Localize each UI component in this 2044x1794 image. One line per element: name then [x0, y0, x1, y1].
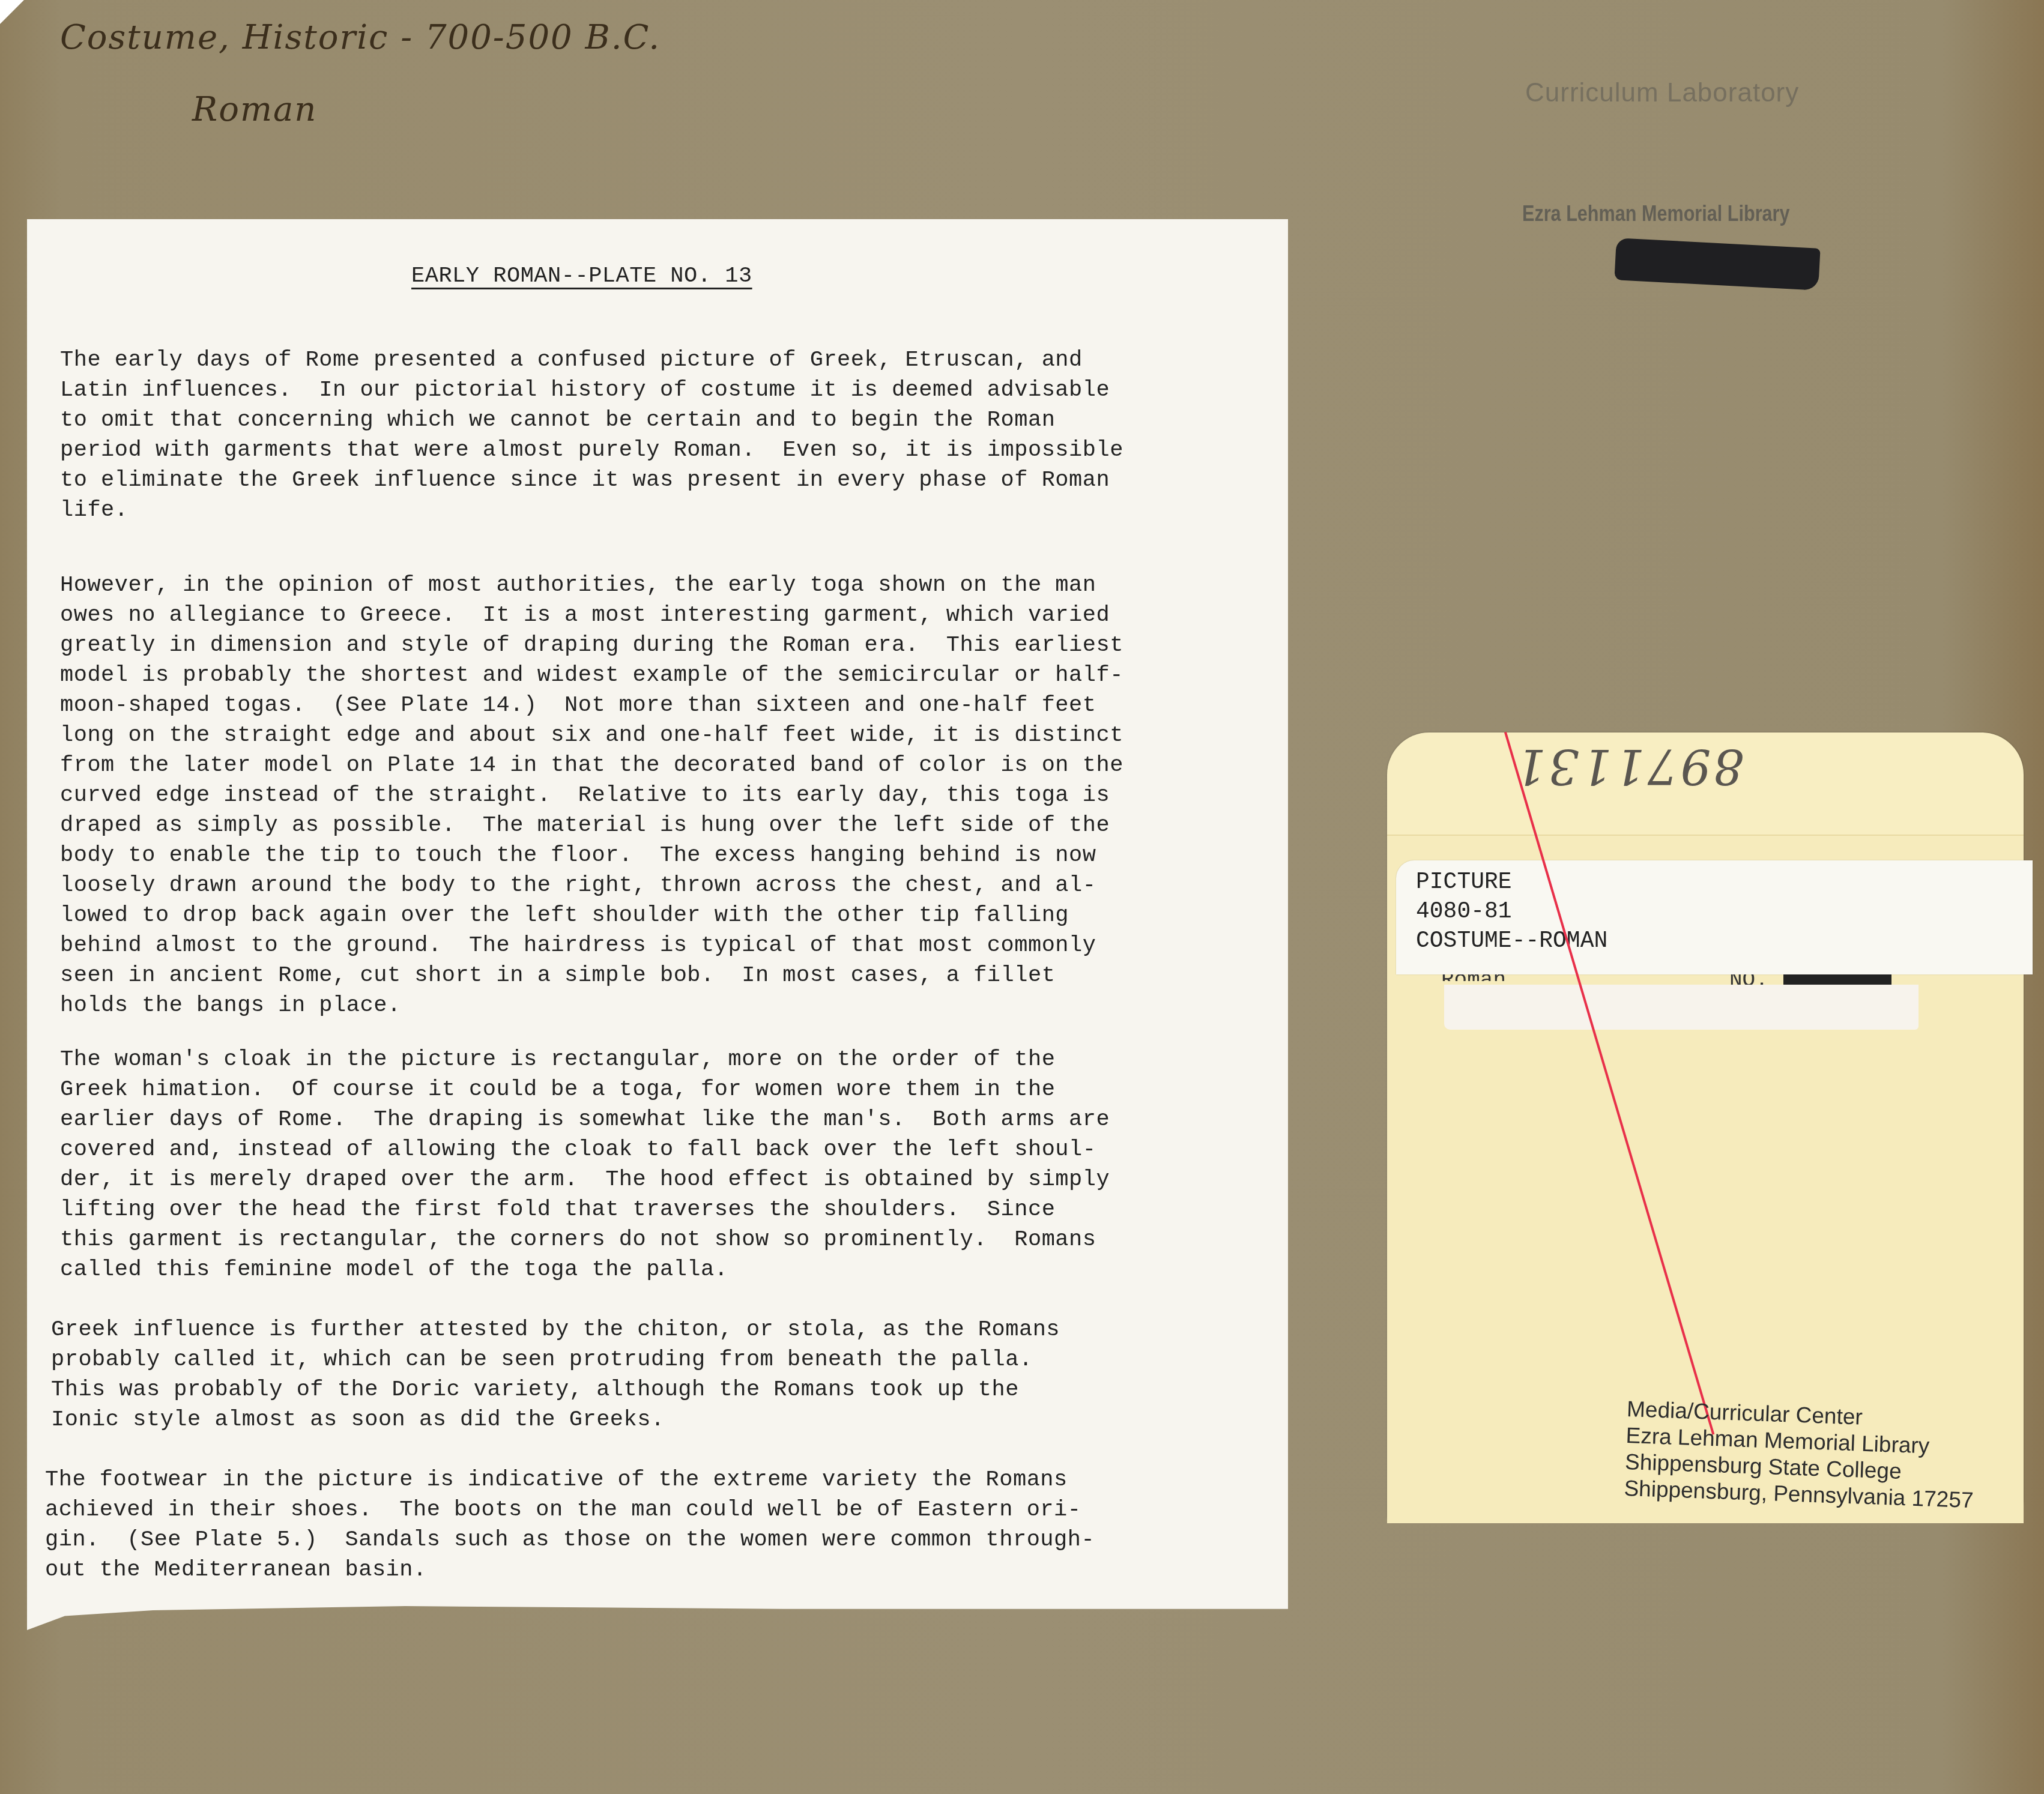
paragraph-intro: The early days of Rome presented a confu…	[60, 345, 1123, 525]
torn-corner	[0, 0, 24, 24]
white-tape-strip	[1444, 985, 1919, 1030]
label-line-subject: COSTUME--ROMAN	[1416, 928, 1607, 954]
paragraph-footwear: The footwear in the picture is indicativ…	[45, 1465, 1095, 1585]
paragraph-palla: The woman's cloak in the picture is rect…	[60, 1045, 1110, 1285]
paragraph-chiton: Greek influence is further attested by t…	[51, 1315, 1060, 1435]
label-line-number: 4080-81	[1416, 899, 1512, 925]
library-stamp: Ezra Lehman Memorial Library	[1522, 201, 1790, 226]
handwritten-number: 8971131	[1513, 738, 1744, 794]
label-line-picture: PICTURE	[1416, 869, 1512, 895]
paragraph-toga: However, in the opinion of most authorit…	[60, 570, 1123, 1021]
handwritten-subtitle: Roman	[192, 90, 317, 129]
typed-description-sheet: EARLY ROMAN--PLATE NO. 13 The early days…	[27, 219, 1288, 1630]
curriculum-lab-stamp: Curriculum Laboratory	[1525, 78, 1799, 108]
handwritten-title: Costume, Historic - 700-500 B.C.	[60, 18, 661, 57]
plate-title: EARLY ROMAN--PLATE NO. 13	[411, 261, 752, 291]
address-stamp: Media/Curricular Center Ezra Lehman Memo…	[1624, 1396, 1977, 1514]
